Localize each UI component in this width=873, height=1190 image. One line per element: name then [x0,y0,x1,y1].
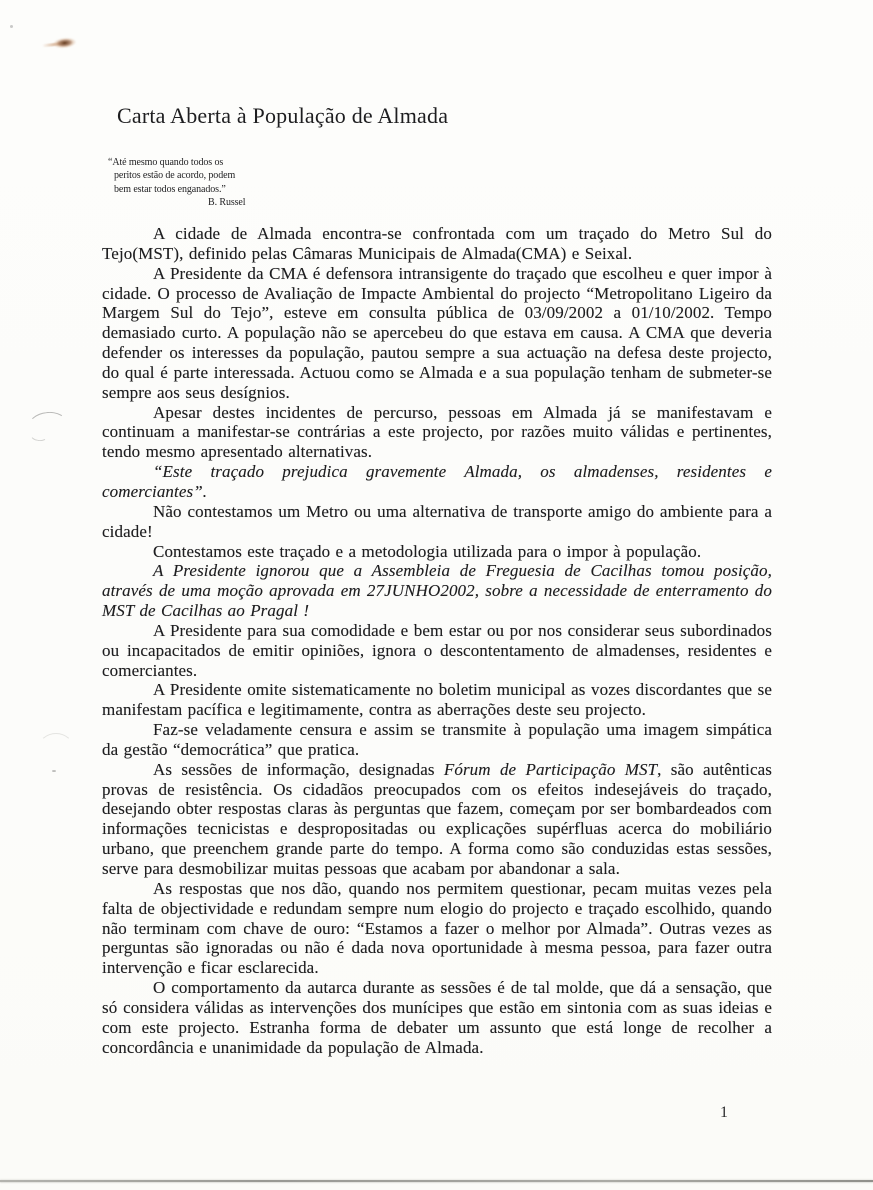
scanned-page: Carta Aberta à População de Almada “Até … [0,0,873,1190]
scan-arc-artifact-1 [27,410,70,442]
paragraph: Apesar destes incidentes de percurso, pe… [102,403,772,463]
paragraph: A cidade de Almada encontra-se confronta… [102,224,772,264]
scan-speck-artifact [10,25,13,28]
paragraph-segment-italic: Fórum de Participação MST [444,760,657,779]
paragraph: Não contestamos um Metro ou uma alternat… [102,502,772,542]
paragraph-segment: A Presidente da CMA é defensora intransi… [102,264,772,402]
paragraph: “Este traçado prejudica gravemente Almad… [102,462,772,502]
paragraph: O comportamento da autarca durante as se… [102,978,772,1057]
epigraph-line: “Até mesmo quando todos os [108,156,245,169]
paragraph-segment: As sessões de informação, designadas [153,760,444,779]
scan-speck-artifact-2 [52,770,56,772]
epigraph-attribution: B. Russel [108,196,245,209]
paragraph-segment: A Presidente omite sistematicamente no b… [102,680,772,719]
paragraph-segment: A Presidente para sua comodidade e bem e… [102,621,772,680]
paragraph-segment-italic: “Este traçado prejudica gravemente Almad… [102,462,772,501]
epigraph: “Até mesmo quando todos os peritos estão… [108,156,245,209]
document-body: A cidade de Almada encontra-se confronta… [102,224,772,1057]
paragraph: As respostas que nos dão, quando nos per… [102,879,772,978]
paragraph-segment: A cidade de Almada encontra-se confronta… [102,224,772,263]
paragraph: A Presidente para sua comodidade e bem e… [102,621,772,681]
paragraph: A Presidente ignorou que a Assembleia de… [102,561,772,621]
paragraph-segment: O comportamento da autarca durante as se… [102,978,772,1057]
page-title: Carta Aberta à População de Almada [117,103,448,129]
epigraph-line: peritos estão de acordo, podem [108,169,245,182]
paragraph-segment-italic: A Presidente ignorou que a Assembleia de… [102,561,772,620]
paragraph: Contestamos este traçado e a metodologia… [102,542,772,562]
paragraph: A Presidente omite sistematicamente no b… [102,680,772,720]
paragraph: A Presidente da CMA é defensora intransi… [102,264,772,403]
paragraph-segment: Apesar destes incidentes de percurso, pe… [102,403,772,462]
paragraph-segment: As respostas que nos dão, quando nos per… [102,879,772,977]
scan-arc-artifact-1b [29,428,48,442]
paragraph-segment: Faz-se veladamente censura e assim se tr… [102,720,772,759]
scan-bottom-edge-artifact [0,1180,873,1182]
scan-smudge-artifact [50,36,79,50]
epigraph-line: bem estar todos enganados.” [108,183,245,196]
paragraph-segment: Não contestamos um Metro ou uma alternat… [102,502,772,541]
paragraph-segment: Contestamos este traçado e a metodologia… [153,542,701,561]
paragraph: As sessões de informação, designadas Fór… [102,760,772,879]
page-number: 1 [720,1104,728,1122]
paragraph: Faz-se veladamente censura e assim se tr… [102,720,772,760]
scan-arc-artifact-2 [38,733,74,765]
